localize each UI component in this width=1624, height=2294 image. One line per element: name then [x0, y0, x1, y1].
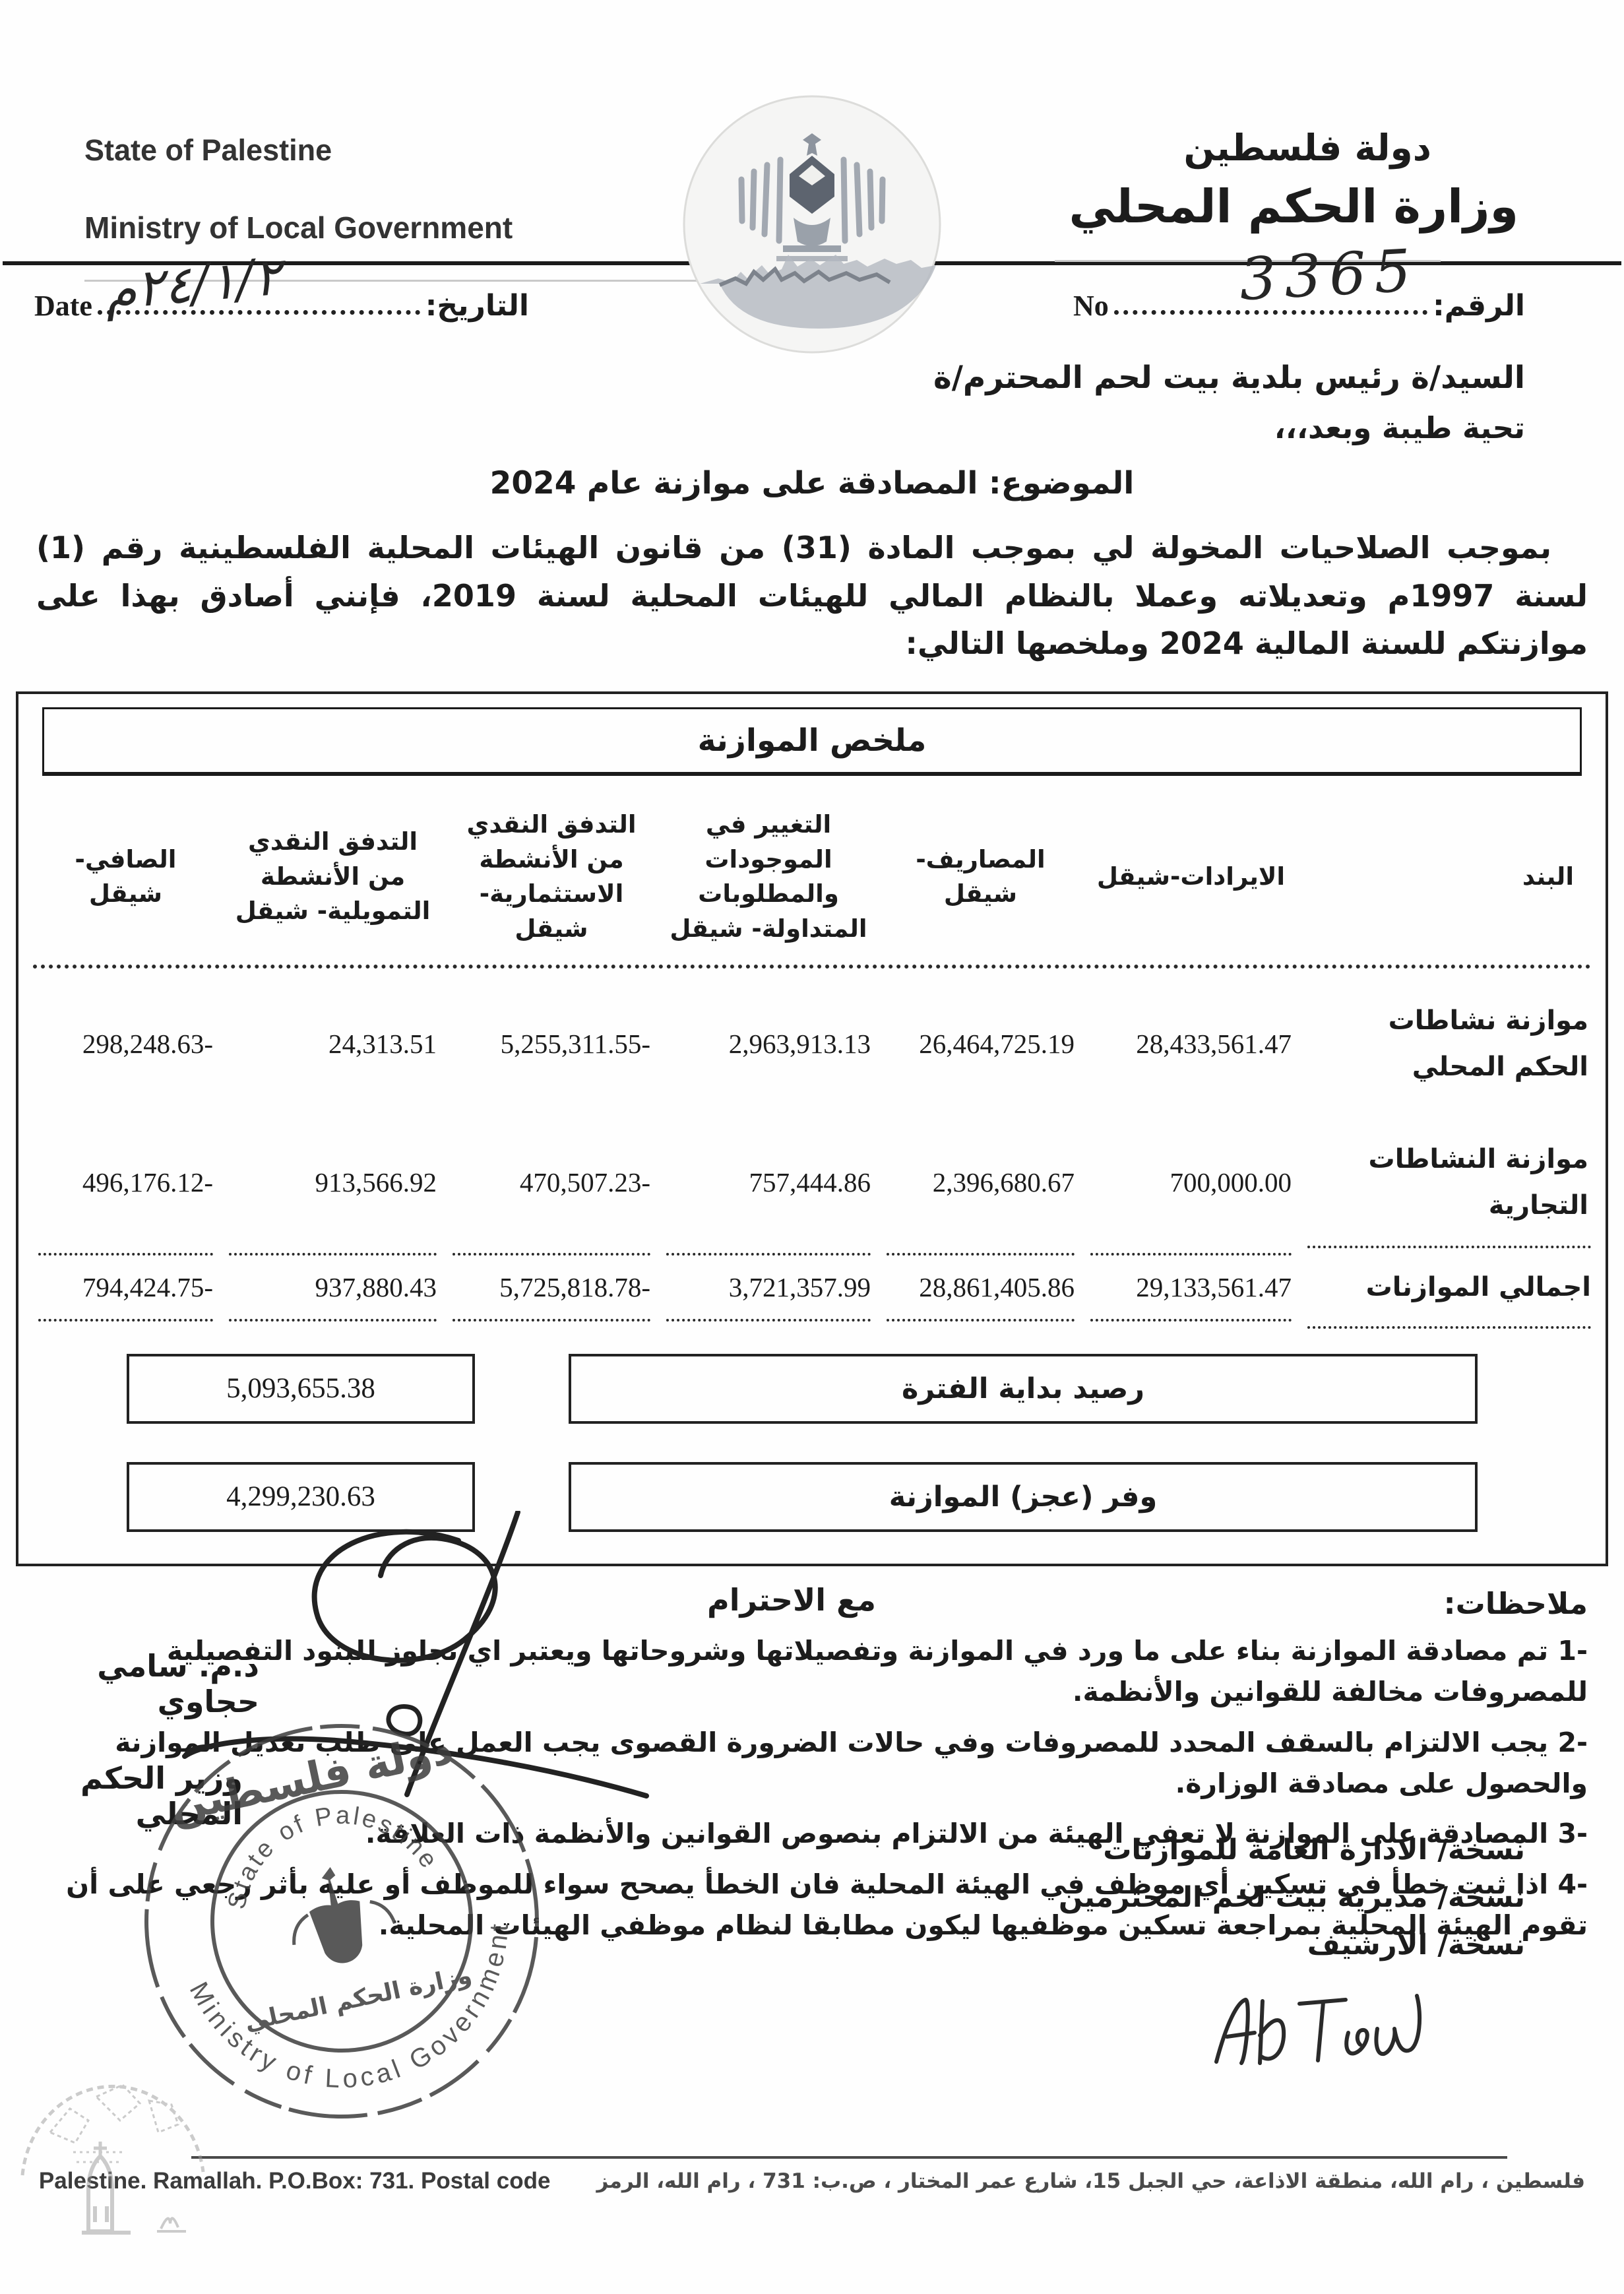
row-value: 5,255,311.55-	[453, 999, 650, 1077]
budget-summary-table: ملخص الموازنة البند الايرادات-شيقل المصا…	[16, 691, 1608, 1566]
col-header-item: البند	[1307, 853, 1591, 912]
copy-item-bethlehem-directorate: نسخة/ مديرية بيت لحم المحترمين	[1059, 1874, 1525, 1921]
stamp-inner-arabic: وزارة الحكم المحلي	[242, 1961, 474, 2036]
row-value: 496,176.12-	[38, 1137, 213, 1215]
row-value: 24,313.51	[229, 999, 437, 1077]
table-row-commercial: موازنة النشاطات التجارية 700,000.00 2,39…	[33, 1107, 1591, 1246]
number-field: No 3365 الرقم:	[1073, 288, 1525, 323]
footer: Palestine. Ramallah. P.O.Box: 731. Posta…	[0, 2168, 1624, 2194]
handwritten-date: ٢٤/١/٢م	[102, 247, 284, 321]
row-value: 26,464,725.19	[887, 999, 1075, 1077]
signer-name: د.م. سامي حجاوي	[38, 1648, 259, 1719]
letterhead-arabic: دولة فلسطين وزارة الحكم المحلي	[974, 92, 1624, 257]
row-value: 2,396,680.67	[887, 1137, 1075, 1215]
col-header-change-assets: التغيير في الموجودات والمطلوبات المتداول…	[666, 801, 871, 963]
greeting-line: تحية طيبة وبعد،،،	[0, 410, 1624, 445]
table-header-row: البند الايرادات-شيقل المصاريف-شيقل التغي…	[33, 801, 1591, 963]
date-label-en: Date	[34, 289, 92, 323]
totals-value: 937,880.43	[229, 1253, 437, 1322]
row-value: 2,963,913.13	[666, 999, 871, 1077]
totals-label: اجمالي الموازنات	[1307, 1246, 1591, 1329]
no-label-ar: الرقم:	[1433, 289, 1525, 323]
svg-text:Ministry of Local Government: Ministry of Local Government	[182, 1913, 542, 2125]
totals-value: 794,424.75-	[38, 1253, 213, 1322]
col-header-expenses: المصاريف-شيقل	[887, 836, 1075, 929]
totals-value: 3,721,357.99	[666, 1253, 871, 1322]
date-dotted-leader: ٢٤/١/٢م	[98, 288, 420, 315]
table-row-local-government: موازنة نشاطات الحكم المحلي 28,433,561.47…	[33, 969, 1591, 1107]
subject-line: الموضوع: المصادقة على موازنة عام 2024	[0, 465, 1624, 501]
no-dotted-leader: 3365	[1114, 288, 1427, 315]
copy-item-archive: نسخة/ الارشيف	[1059, 1921, 1525, 1969]
ministry-title-ar: وزارة الحكم المحلي	[974, 179, 1518, 234]
stamp-outer-english: Ministry of Local Government	[182, 1913, 542, 2125]
table-title: ملخص الموازنة	[42, 707, 1582, 776]
totals-value: 29,133,561.47	[1090, 1253, 1292, 1322]
date-label-ar: التاريخ:	[425, 289, 529, 323]
row-item-label: موازنة نشاطات الحكم المحلي	[1307, 969, 1591, 1107]
row-item-label: موازنة النشاطات التجارية	[1307, 1107, 1591, 1246]
state-title-ar: دولة فلسطين	[974, 127, 1431, 169]
col-header-investing-cashflow: التدفق النقدي من الأنشطة الاستثمارية- شي…	[453, 801, 650, 963]
col-header-financing-cashflow: التدفق النقدي من الأنشطة التمويلية- شيقل	[229, 818, 437, 946]
totals-value: 5,725,818.78-	[453, 1253, 650, 1322]
letterhead-emblem-area	[650, 92, 974, 257]
document-page: State of Palestine Ministry of Local Gov…	[0, 0, 1624, 2294]
header-divider	[33, 963, 1591, 969]
body-paragraph: بموجب الصلاحيات المخولة لي بموجب المادة …	[36, 524, 1588, 668]
row-value: 298,248.63-	[38, 999, 213, 1077]
copy-item-budgets-admin: نسخة/ الادارة العامة للموازنات	[1059, 1826, 1525, 1874]
surplus-label: وفر (عجز) الموازنة	[569, 1462, 1478, 1532]
footer-address-ar: فلسطين ، رام الله، منطقة الاذاعة، حي الج…	[596, 2168, 1585, 2193]
footer-rule	[191, 2156, 1507, 2159]
handwritten-number: 3365	[1237, 236, 1420, 313]
col-header-revenues: الايرادات-شيقل	[1090, 853, 1292, 912]
totals-value: 28,861,405.86	[887, 1253, 1075, 1322]
row-value: 700,000.00	[1090, 1137, 1292, 1215]
recipient-line: السيد/ة رئيس بلدية بيت لحم المحترم/ة	[0, 360, 1624, 396]
secondary-signature	[1207, 1976, 1431, 2082]
opening-balance-row: رصيد بداية الفترة 5,093,655.38	[33, 1354, 1591, 1424]
row-value: 757,444.86	[666, 1137, 871, 1215]
table-row-totals: اجمالي الموازنات 29,133,561.47 28,861,40…	[33, 1246, 1591, 1329]
church-watermark	[11, 2033, 208, 2291]
reference-row: Date ٢٤/١/٢م التاريخ: No 3365 الرقم:	[0, 265, 1624, 354]
letterhead: State of Palestine Ministry of Local Gov…	[0, 0, 1624, 257]
row-value: 913,566.92	[229, 1137, 437, 1215]
no-label-en: No	[1073, 289, 1109, 323]
opening-balance-label: رصيد بداية الفترة	[569, 1354, 1478, 1424]
row-value: 28,433,561.47	[1090, 999, 1292, 1077]
date-field: Date ٢٤/١/٢م التاريخ:	[34, 288, 529, 323]
letterhead-english: State of Palestine Ministry of Local Gov…	[0, 92, 650, 257]
ministry-title-en: Ministry of Local Government	[84, 210, 650, 245]
copies-list: نسخة/ الادارة العامة للموازنات نسخة/ مدي…	[1059, 1826, 1525, 1969]
col-header-net: الصافي-شيقل	[38, 836, 213, 929]
row-value: 470,507.23-	[453, 1137, 650, 1215]
opening-balance-value: 5,093,655.38	[127, 1354, 475, 1424]
state-title-en: State of Palestine	[84, 133, 650, 168]
